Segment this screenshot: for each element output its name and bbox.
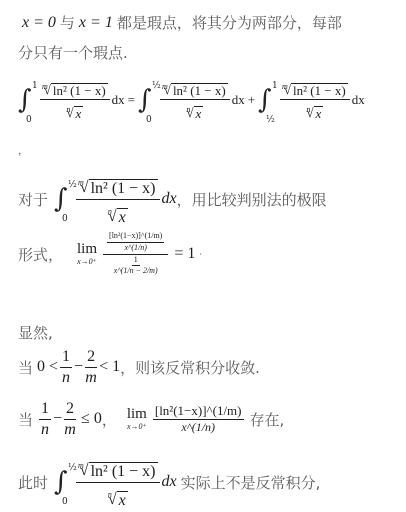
- text-line-1: x = 0 与 x = 1 都是瑕点，将其分为两部分，每部: [22, 12, 342, 33]
- integral-sign: ∫½0: [54, 184, 70, 214]
- fraction: m√ln² (1 − x) n√x: [76, 172, 159, 226]
- fraction: m√ln² (1 − x) n√x: [160, 78, 230, 122]
- text-singular-points: 都是瑕点，将其分为两部分，每部: [117, 12, 342, 33]
- integral-sign: ∫½0: [54, 467, 70, 497]
- text-conj: 与: [60, 12, 75, 33]
- equation-split: ∫10 m√ln² (1 − x) n√x dx = ∫½0 m√ln² (1 …: [18, 78, 365, 122]
- integral-sign: ∫1½: [258, 85, 274, 115]
- text-one-point: 分只有一个瑕点.: [18, 42, 128, 63]
- compound-fraction: [ln²(1−x)]^(1/m)x^(1/n) 1x^(1/n − 2/m): [103, 232, 168, 276]
- fraction: m√ln² (1 − x) n√x: [280, 78, 350, 122]
- integral-sign: ∫10: [18, 85, 34, 115]
- integral-sign: ∫½0: [138, 85, 154, 115]
- text-line-convergent: 当 0 < 1n − 2m < 1 ，则该反常积分收敛.: [18, 348, 260, 386]
- math-x-eq-1: x = 1: [79, 14, 113, 32]
- text-line-exists: 当 1n − 2m ≤ 0 ， limx→0⁺ [ln²(1−x)]^(1/m)…: [18, 400, 284, 438]
- comma-line: ，: [18, 142, 28, 157]
- math-x-eq-0: x = 0: [22, 14, 56, 32]
- text-line-limit: 形式， limx→0⁺ [ln²(1−x)]^(1/m)x^(1/n) 1x^(…: [18, 232, 202, 276]
- text-line-compare: 对于 ∫½0 m√ln² (1 − x) n√x dx ，用比较判别法的极限: [18, 172, 327, 226]
- fraction: m√ln² (1 − x) n√x: [40, 78, 110, 122]
- fraction: m√ln² (1 − x) n√x: [76, 455, 159, 509]
- text-line-obviously: 显然,: [18, 322, 53, 343]
- text-line-not-improper: 此时 ∫½0 m√ln² (1 − x) n√x dx 实际上不是反常积分,: [18, 455, 320, 509]
- text-line-2: 分只有一个瑕点.: [18, 42, 128, 63]
